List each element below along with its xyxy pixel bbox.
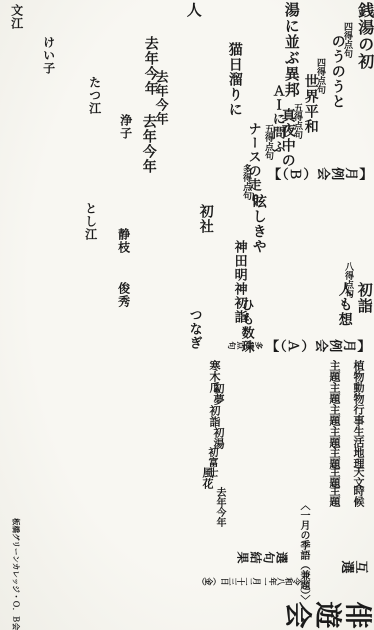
kigo-word: 初湯 — [212, 427, 223, 449]
haiku-phrase: 初社 — [197, 204, 212, 234]
section-a-header: 【月例会（Ａ）】 — [260, 336, 374, 354]
kigo-row-label: 主題 — [328, 382, 339, 404]
kigo-category: 植物 — [352, 360, 363, 382]
haiku-phrase: 猫日溜りに — [226, 42, 241, 117]
section-b-header: 【月例会（Ｂ）】 — [264, 164, 374, 182]
haiku-phrase: 去年今年 — [140, 114, 155, 174]
haiku-phrase: 人も想 — [336, 282, 351, 327]
haiku-author: けい子 — [42, 36, 55, 75]
haiku-phrase: 去年今年 — [154, 70, 168, 126]
kigo-word: 風花 — [201, 467, 212, 489]
kigo-row-label: 主題 — [328, 360, 339, 382]
kigo-table-heading: 〈一月の季語（兼題）〉 — [298, 500, 308, 605]
haiku-author: 俊秀 — [117, 282, 130, 308]
haiku-phrase: 初詣 — [355, 282, 371, 314]
mutual-selection-label: 互選 — [338, 558, 370, 574]
haiku-phrase: つなぎ — [188, 308, 202, 350]
kigo-row-label: 主題 — [328, 426, 339, 448]
selection-result-label: 選句結果 — [232, 549, 292, 565]
club-name-line: 板橋グリーンカレッジ・Ｏ．Ｂ会 — [12, 518, 20, 630]
haiku-author: 静枝 — [117, 228, 130, 254]
kigo-row-label: 主題 — [328, 404, 339, 426]
haiku-score-label: 五得点句 — [264, 124, 273, 160]
haiku-phrase: 真夜中の — [279, 108, 294, 168]
kigo-word: 初詣 — [208, 405, 219, 427]
kigo-category: 動物 — [352, 382, 363, 404]
kigo-category: 行事 — [352, 404, 363, 426]
kigo-word: 去年今年 — [214, 487, 224, 527]
haiku-author: とし江 — [84, 202, 97, 241]
scanned-haiku-results-page: 銭湯の初 四得点句 湯に並ぶ異邦 人 文江 のうのうと 四得点句 猫日溜りに 去… — [0, 0, 374, 630]
kigo-category: 時候 — [352, 485, 363, 507]
page-title: 俳遊会 — [280, 594, 374, 630]
kigo-row-label: 主題 — [328, 485, 339, 507]
haiku-phrase: のうのうと — [329, 34, 344, 109]
meeting-date-line: 令和八年一月二十三日（金） — [202, 574, 296, 588]
section-a-side-label: 多得点句 — [230, 339, 260, 350]
haiku-phrase: 眩しきや — [250, 194, 265, 254]
kigo-category: 生活 — [352, 426, 363, 448]
haiku-phrase: 銭湯の初 — [355, 2, 372, 70]
haiku-phrase: 世界平和 — [302, 74, 317, 134]
haiku-author: 浄子 — [119, 114, 132, 140]
kigo-word: 初夢 — [212, 383, 223, 405]
haiku-author: たつ江 — [88, 76, 101, 115]
haiku-author: 文江 — [10, 4, 23, 30]
haiku-phrase: 人 — [184, 2, 200, 18]
